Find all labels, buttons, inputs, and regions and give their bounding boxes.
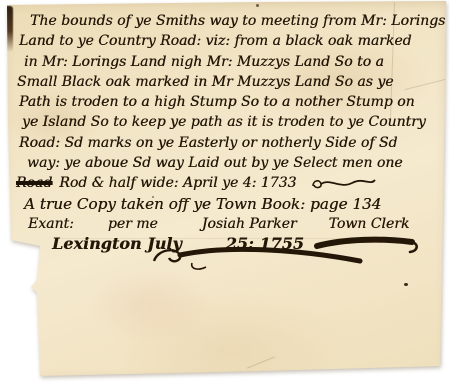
ink-speck — [404, 283, 408, 286]
struck-out-word: Road — [16, 173, 52, 193]
per-me-label: per me — [108, 214, 158, 234]
scanned-manuscript-document: The bounds of ye Smiths way to meeting f… — [0, 0, 450, 383]
attestation-line: A true Copy taken off ye Town Book: page… — [24, 194, 446, 214]
manuscript-line-6: ye Island So to keep ye path as it is tr… — [22, 112, 446, 132]
manuscript-line-5: Path is troden to a high Stump So to a n… — [19, 92, 446, 112]
manuscript-line-4: Small Black oak marked in Mr Muzzys Land… — [17, 72, 446, 92]
paper-crease — [247, 356, 275, 368]
manuscript-line-7: Road: Sd marks on ye Easterly or notherl… — [19, 133, 446, 153]
width-line-text: Rod & half wide: April ye 4: 1733 — [59, 173, 296, 193]
paper-shadow: The bounds of ye Smiths way to meeting f… — [0, 0, 450, 383]
exam-label: Exant: — [28, 214, 74, 234]
manuscript-line-3: in Mr: Lorings Land nigh Mr: Muzzys Land… — [24, 52, 446, 72]
clerk-signature: Josiah Parker — [202, 214, 297, 234]
manuscript-line-1: The bounds of ye Smiths way to meeting f… — [30, 11, 446, 31]
manuscript-paper: The bounds of ye Smiths way to meeting f… — [0, 0, 450, 383]
manuscript-line-9: Road Rod & half wide: April ye 4: 1733 — [16, 173, 446, 193]
examination-line: Exant: per me Josiah Parker Town Clerk — [14, 214, 446, 234]
ink-speck — [256, 4, 259, 7]
manuscript-line-2: Land to ye Country Road: viz: from a bla… — [19, 31, 446, 51]
flourish-squiggle-icon — [310, 177, 378, 191]
clerk-title: Town Clerk — [329, 214, 410, 234]
fold-mark — [3, 6, 13, 52]
manuscript-line-8: way: ye aboue Sd way Laid out by ye Sele… — [27, 153, 446, 173]
manuscript-text: The bounds of ye Smiths way to meeting f… — [14, 11, 446, 255]
flourish-swash-icon — [146, 245, 366, 273]
